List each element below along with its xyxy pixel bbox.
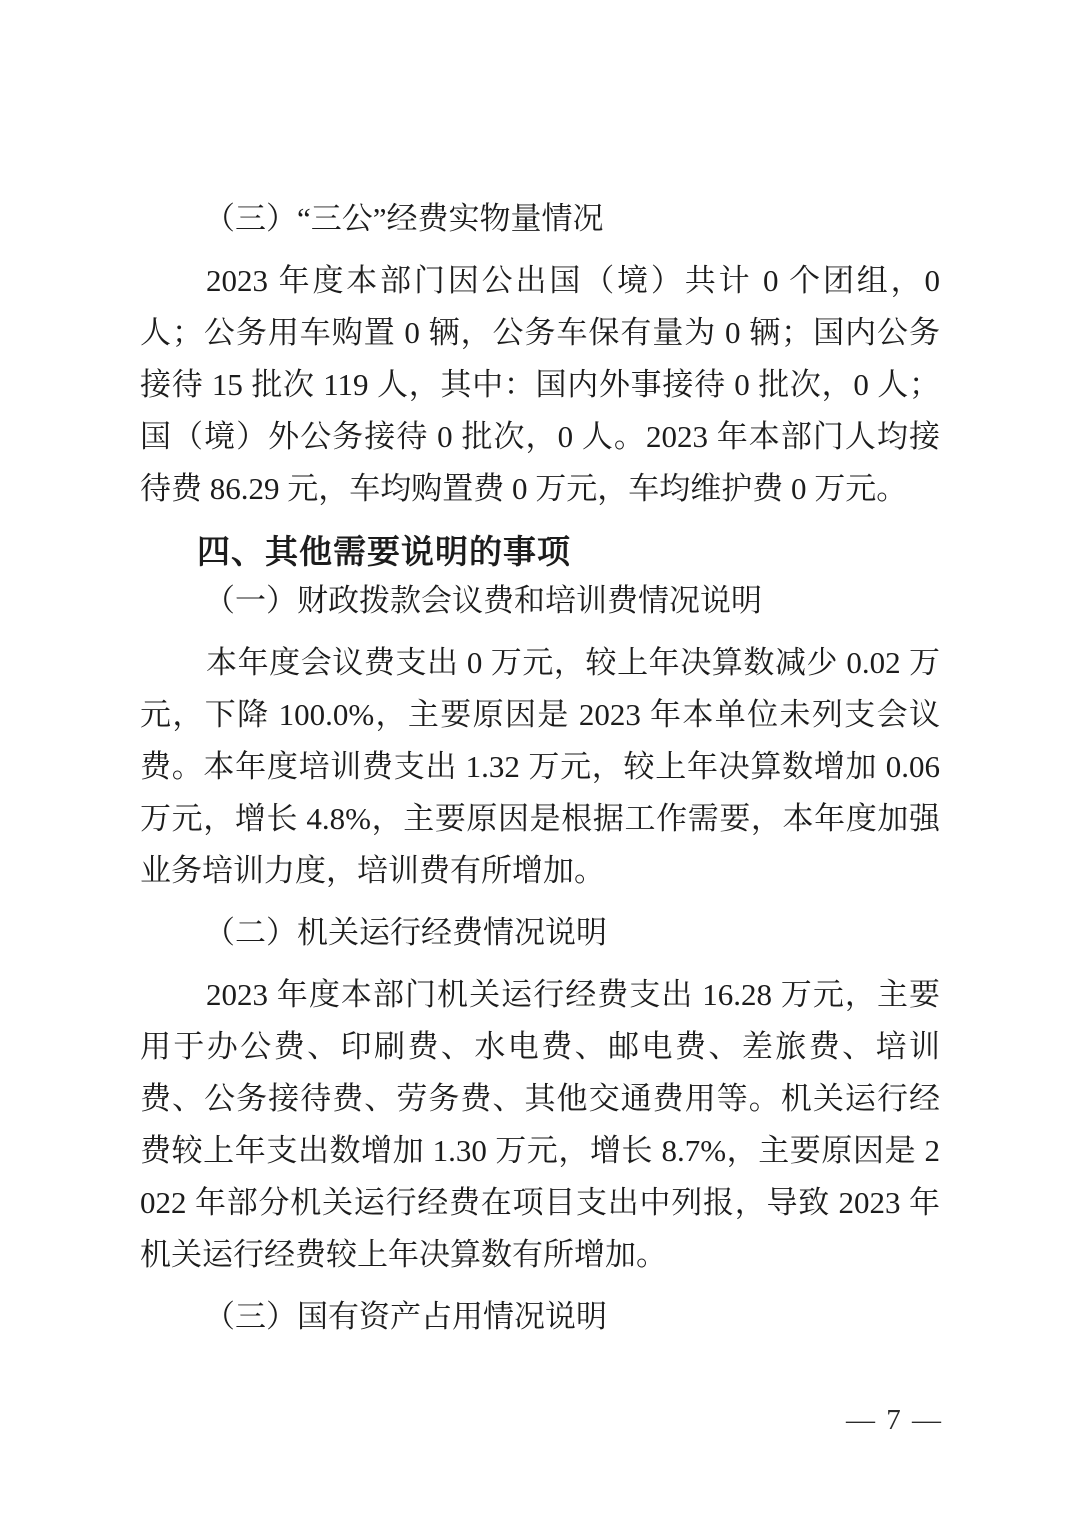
section-heading-state-assets: （三）国有资产占用情况说明 — [140, 1293, 940, 1341]
paragraph-operating-funds: 2023 年度本部门机关运行经费支出 16.28 万元，主要用于办公费、印刷费、… — [140, 969, 940, 1281]
paragraph-three-public-expenses-figures: 2023 年度本部门因公出国（境）共计 0 个团组，0 人；公务用车购置 0 辆… — [140, 255, 940, 515]
document-page: { "page": { "background": "#ffffff", "te… — [0, 0, 1075, 1520]
section-heading-other-matters: 四、其他需要说明的事项 — [140, 527, 940, 577]
paragraph-meeting-training-fees: 本年度会议费支出 0 万元，较上年决算数减少 0.02 万元，下降 100.0%… — [140, 637, 940, 897]
section-heading-operating-funds: （二）机关运行经费情况说明 — [140, 909, 940, 957]
page-number: — 7 — — [846, 1404, 943, 1437]
section-heading-meeting-training-fees: （一）财政拨款会议费和培训费情况说明 — [140, 577, 940, 625]
section-heading-three-gongjing-expenses: （三）“三公”经费实物量情况 — [140, 195, 940, 243]
document-body: （三）“三公”经费实物量情况 2023 年度本部门因公出国（境）共计 0 个团组… — [140, 195, 940, 1341]
